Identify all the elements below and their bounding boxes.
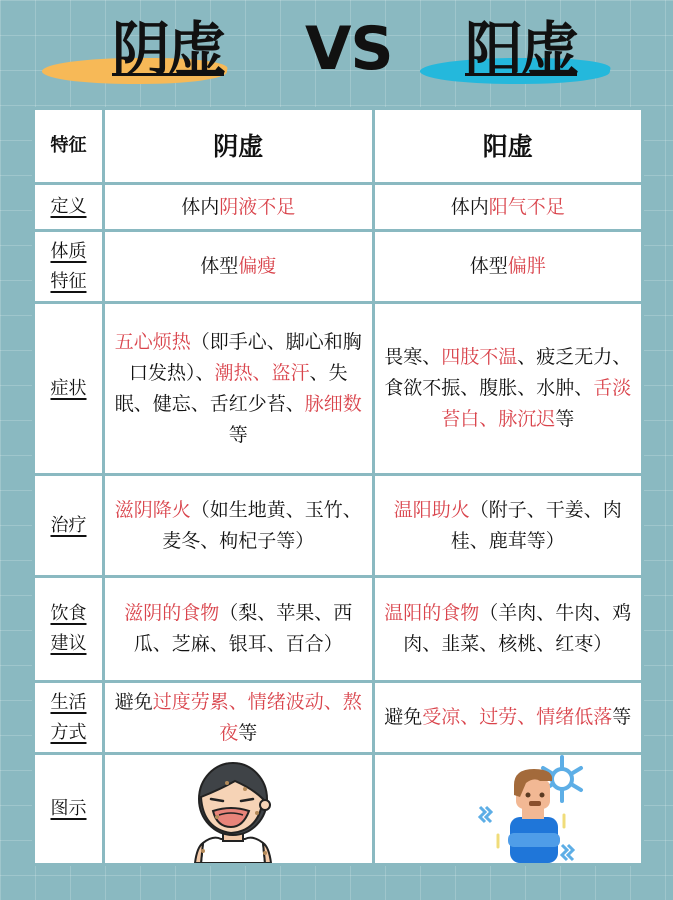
yang-illustration-cell <box>373 754 643 865</box>
row-diet: 饮食建议 滋阴的食物（梨、苹果、西瓜、芝麻、银耳、百合） 温阳的食物（羊肉、牛肉… <box>34 577 643 682</box>
highlight-text: 四肢不温 <box>441 346 517 368</box>
row-label: 治疗 <box>34 475 104 577</box>
row-definition: 定义 体内阴液不足 体内阳气不足 <box>34 184 643 231</box>
title-vs: VS <box>305 14 393 84</box>
body-text: 畏寒、 <box>384 346 441 368</box>
body-text: 避免 <box>115 691 153 713</box>
row-label: 定义 <box>34 184 104 231</box>
header-yang: 阳虚 <box>373 109 643 184</box>
highlight-text: 滋阴降火 <box>115 499 191 521</box>
body-text: 等 <box>612 706 631 728</box>
body-text: （如生地黄、玉竹、麦冬、枸杞子等） <box>162 499 362 552</box>
diet-label: 饮食建议 <box>50 599 88 659</box>
highlight-text: 脉细数 <box>305 393 362 415</box>
body-text: 等 <box>555 408 574 430</box>
header-yin: 阴虚 <box>104 109 374 184</box>
row-constitution: 体质特征 体型偏瘦 体型偏胖 <box>34 231 643 303</box>
body-text: 避免 <box>384 706 422 728</box>
definition-label: 定义 <box>51 196 87 217</box>
yang-cell: 温阳的食物（羊肉、牛肉、鸡肉、韭菜、核桃、红枣） <box>373 577 643 682</box>
body-text: （附子、干姜、肉桂、鹿茸等） <box>451 499 622 552</box>
lifestyle-label: 生活方式 <box>50 688 88 748</box>
symptoms-label: 症状 <box>51 378 87 399</box>
highlight-text: 滋阴的食物 <box>124 602 219 624</box>
yang-cell: 畏寒、四肢不温、疲乏无力、食欲不振、腹胀、水肿、舌淡苔白、脉沉迟等 <box>373 303 643 475</box>
body-text: 体内 <box>181 196 219 218</box>
title-yin-xu: 阴虚 <box>112 14 224 84</box>
body-text: 等 <box>238 722 257 744</box>
highlight-text: 五心烦热 <box>115 331 191 353</box>
shivering-person-icon <box>375 755 642 863</box>
header-row: 特征 阴虚 阳虚 <box>34 109 643 184</box>
yin-illustration-cell <box>104 754 374 865</box>
highlight-text: 潮热、盗汗 <box>214 362 309 384</box>
highlight-text: 温阳助火 <box>394 499 470 521</box>
row-lifestyle: 生活方式 避免过度劳累、情绪波动、熬夜等 避免受凉、过劳、情绪低落等 <box>34 682 643 754</box>
sweating-person-icon <box>105 755 372 863</box>
treatment-label: 治疗 <box>51 515 87 536</box>
body-text: 体内 <box>451 196 489 218</box>
row-treatment: 治疗 滋阴降火（如生地黄、玉竹、麦冬、枸杞子等） 温阳助火（附子、干姜、肉桂、鹿… <box>34 475 643 577</box>
header-feature-label: 特征 <box>51 135 87 156</box>
highlight-text: 阳气不足 <box>489 196 565 218</box>
row-label: 图示 <box>34 754 104 865</box>
highlight-text: 温阳的食物 <box>384 602 479 624</box>
yin-cell: 体内阴液不足 <box>104 184 374 231</box>
row-label: 生活方式 <box>34 682 104 754</box>
row-symptoms: 症状 五心烦热（即手心、脚心和胸口发热）、潮热、盗汗、失眠、健忘、舌红少苔、脉细… <box>34 303 643 475</box>
title-yang-xu: 阳虚 <box>465 14 577 84</box>
yin-cell: 体型偏瘦 <box>104 231 374 303</box>
yang-cell: 温阳助火（附子、干姜、肉桂、鹿茸等） <box>373 475 643 577</box>
row-label: 症状 <box>34 303 104 475</box>
yin-cell: 滋阴的食物（梨、苹果、西瓜、芝麻、银耳、百合） <box>104 577 374 682</box>
header-feature: 特征 <box>34 109 104 184</box>
row-illustration: 图示 <box>34 754 643 865</box>
yang-cell: 体内阳气不足 <box>373 184 643 231</box>
yin-cell: 五心烦热（即手心、脚心和胸口发热）、潮热、盗汗、失眠、健忘、舌红少苔、脉细数等 <box>104 303 374 475</box>
highlight-text: 受凉、过劳、情绪低落 <box>422 706 612 728</box>
highlight-text: 偏胖 <box>508 255 546 277</box>
highlight-text: 阴液不足 <box>219 196 295 218</box>
yin-cell: 滋阴降火（如生地黄、玉竹、麦冬、枸杞子等） <box>104 475 374 577</box>
body-text: 体型 <box>200 255 238 277</box>
yang-cell: 体型偏胖 <box>373 231 643 303</box>
illustration-label: 图示 <box>51 798 87 819</box>
body-text: 体型 <box>470 255 508 277</box>
constitution-label: 体质特征 <box>50 237 88 297</box>
comparison-table: 特征 阴虚 阳虚 定义 体内阴液不足 体内阳气不足 体质特征 体型偏瘦 体型偏胖… <box>32 107 644 866</box>
row-label: 体质特征 <box>34 231 104 303</box>
highlight-text: 偏瘦 <box>238 255 276 277</box>
yin-cell: 避免过度劳累、情绪波动、熬夜等 <box>104 682 374 754</box>
yang-cell: 避免受凉、过劳、情绪低落等 <box>373 682 643 754</box>
body-text: 等 <box>229 424 248 446</box>
title-banner: 阴虚 VS 阳虚 <box>0 0 673 105</box>
row-label: 饮食建议 <box>34 577 104 682</box>
